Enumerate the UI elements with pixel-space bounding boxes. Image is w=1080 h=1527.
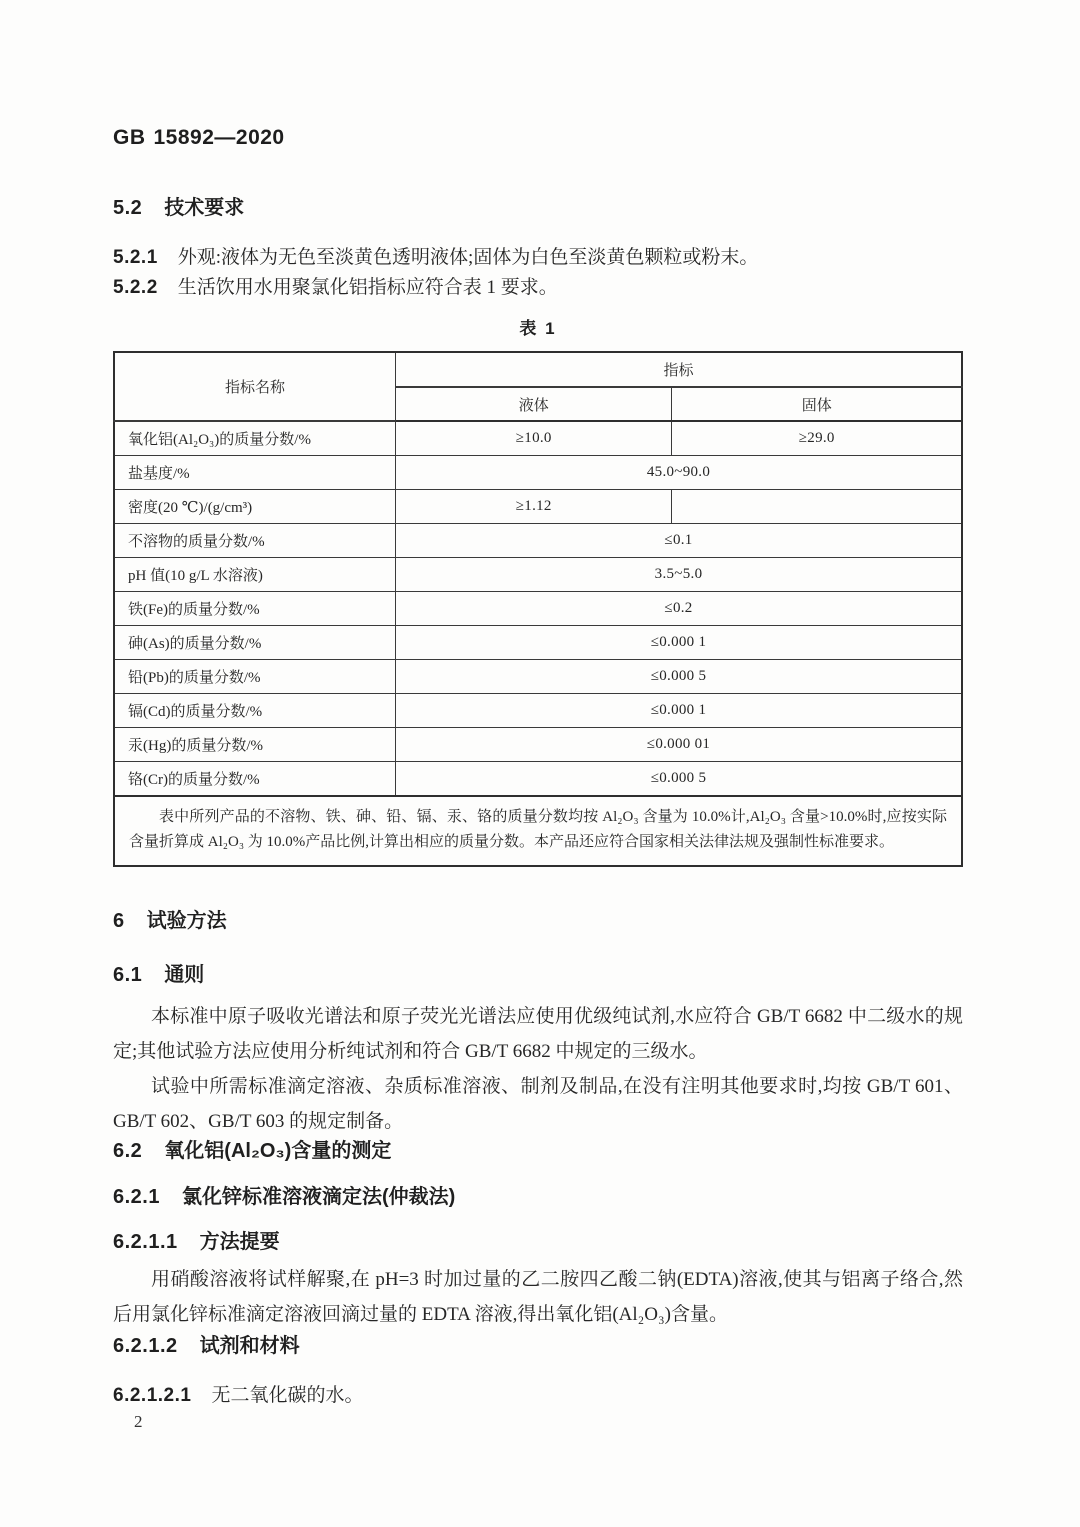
heading-5-2-title: 技术要求 xyxy=(164,197,244,219)
indicator-name: 铬(Cr)的质量分数/% xyxy=(114,762,396,797)
indicator-name: 盐基度/% xyxy=(114,456,396,490)
table-row-iron: 铁(Fe)的质量分数/% ≤0.2 xyxy=(114,592,962,626)
merged-value: ≤0.000 5 xyxy=(396,660,962,694)
heading-5-2-num: 5.2 xyxy=(113,197,142,219)
indicator-name: 密度(20 ℃)/(g/cm³) xyxy=(114,490,396,524)
table-row-chromium: 铬(Cr)的质量分数/% ≤0.000 5 xyxy=(114,762,962,797)
merged-value: ≤0.2 xyxy=(396,592,962,626)
table-row-arsenic: 砷(As)的质量分数/% ≤0.000 1 xyxy=(114,626,962,660)
merged-value: ≤0.000 01 xyxy=(396,728,962,762)
heading-6-num: 6 xyxy=(113,910,125,932)
indicator-name: 氧化铝(Al₂O₃)的质量分数/% xyxy=(114,421,396,456)
heading-6-2-1-2: 6.2.1.2试剂和材料 xyxy=(113,1334,963,1358)
clause-5-2-2-text: 生活饮用水用聚氯化铝指标应符合表 1 要求。 xyxy=(178,277,558,298)
clause-6-2-1-2-1-text: 无二氧化碳的水。 xyxy=(211,1385,363,1406)
page-number: 2 xyxy=(134,1412,143,1432)
paragraph-6-1-b: 试验中所需标准滴定溶液、杂质标准溶液、制剂及制品,在没有注明其他要求时,均按 G… xyxy=(113,1069,963,1139)
indicator-name: 汞(Hg)的质量分数/% xyxy=(114,728,396,762)
solid-value: ≥29.0 xyxy=(672,421,962,456)
indicator-name: 镉(Cd)的质量分数/% xyxy=(114,694,396,728)
indicator-name: 铁(Fe)的质量分数/% xyxy=(114,592,396,626)
table-row-density: 密度(20 ℃)/(g/cm³) ≥1.12 xyxy=(114,490,962,524)
merged-value: ≤0.000 1 xyxy=(396,694,962,728)
clause-5-2-2-num: 5.2.2 xyxy=(113,277,158,298)
merged-value: ≤0.000 5 xyxy=(396,762,962,797)
heading-6-2-num: 6.2 xyxy=(113,1140,142,1162)
table-row-insoluble: 不溶物的质量分数/% ≤0.1 xyxy=(114,524,962,558)
heading-6-2-1-2-title: 试剂和材料 xyxy=(200,1335,300,1357)
table-footnote: 表中所列产品的不溶物、铁、砷、铅、镉、汞、铬的质量分数均按 Al₂O₃ 含量为 … xyxy=(114,796,962,866)
heading-5-2: 5.2技术要求 xyxy=(113,196,963,220)
clause-5-2-2: 5.2.2生活饮用水用聚氯化铝指标应符合表 1 要求。 xyxy=(113,273,963,303)
clause-6-2-1-2-1: 6.2.1.2.1无二氧化碳的水。 xyxy=(113,1381,963,1411)
solid-value xyxy=(672,490,962,524)
paragraph-6-2-1-1: 用硝酸溶液将试样解聚,在 pH=3 时加过量的乙二胺四乙酸二钠(EDTA)溶液,… xyxy=(113,1262,963,1332)
col-header-liquid: 液体 xyxy=(396,387,672,421)
table-row-alumina: 氧化铝(Al₂O₃)的质量分数/% ≥10.0 ≥29.0 xyxy=(114,421,962,456)
heading-6-1-num: 6.1 xyxy=(113,964,142,986)
doc-code-prefix: GB xyxy=(113,126,146,149)
indicator-name: pH 值(10 g/L 水溶液) xyxy=(114,558,396,592)
indicator-name: 砷(As)的质量分数/% xyxy=(114,626,396,660)
heading-6-1: 6.1通则 xyxy=(113,963,963,987)
clause-6-2-1-2-1-num: 6.2.1.2.1 xyxy=(113,1385,191,1406)
merged-value: 3.5~5.0 xyxy=(396,558,962,592)
liquid-value: ≥1.12 xyxy=(396,490,672,524)
table-1-spec-requirements: 指标名称 指标 液体 固体 氧化铝(Al₂O₃)的质量分数/% ≥10.0 ≥2… xyxy=(113,351,963,867)
col-header-indicator-group: 指标 xyxy=(396,352,962,387)
heading-6: 6试验方法 xyxy=(113,909,963,933)
table-row-ph: pH 值(10 g/L 水溶液) 3.5~5.0 xyxy=(114,558,962,592)
table-row-lead: 铅(Pb)的质量分数/% ≤0.000 5 xyxy=(114,660,962,694)
col-header-solid: 固体 xyxy=(672,387,962,421)
heading-6-1-title: 通则 xyxy=(164,964,204,986)
merged-value: ≤0.1 xyxy=(396,524,962,558)
heading-6-2-title: 氧化铝(Al₂O₃)含量的测定 xyxy=(164,1140,391,1162)
table-header-row-1: 指标名称 指标 xyxy=(114,352,962,387)
clause-5-2-1: 5.2.1外观:液体为无色至淡黄色透明液体;固体为白色至淡黄色颗粒或粉末。 xyxy=(113,243,963,273)
heading-6-2-1-num: 6.2.1 xyxy=(113,1186,160,1208)
liquid-value: ≥10.0 xyxy=(396,421,672,456)
standard-document-page: GB15892—2020 5.2技术要求 5.2.1外观:液体为无色至淡黄色透明… xyxy=(0,0,1080,1527)
indicator-name: 不溶物的质量分数/% xyxy=(114,524,396,558)
doc-code: GB15892—2020 xyxy=(113,126,963,150)
merged-value: 45.0~90.0 xyxy=(396,456,962,490)
table-row-basicity: 盐基度/% 45.0~90.0 xyxy=(114,456,962,490)
table-footnote-row: 表中所列产品的不溶物、铁、砷、铅、镉、汞、铬的质量分数均按 Al₂O₃ 含量为 … xyxy=(114,796,962,866)
heading-6-2-1-title: 氯化锌标准溶液滴定法(仲裁法) xyxy=(182,1186,455,1208)
heading-6-2: 6.2氧化铝(Al₂O₃)含量的测定 xyxy=(113,1139,963,1163)
doc-code-number: 15892—2020 xyxy=(154,126,285,149)
heading-6-2-1-2-num: 6.2.1.2 xyxy=(113,1335,178,1357)
heading-6-title: 试验方法 xyxy=(147,910,227,932)
table-row-mercury: 汞(Hg)的质量分数/% ≤0.000 01 xyxy=(114,728,962,762)
paragraph-6-1-a: 本标准中原子吸收光谱法和原子荧光光谱法应使用优级纯试剂,水应符合 GB/T 66… xyxy=(113,999,963,1069)
clause-5-2-1-text: 外观:液体为无色至淡黄色透明液体;固体为白色至淡黄色颗粒或粉末。 xyxy=(178,247,759,268)
indicator-name: 铅(Pb)的质量分数/% xyxy=(114,660,396,694)
heading-6-2-1: 6.2.1氯化锌标准溶液滴定法(仲裁法) xyxy=(113,1185,963,1209)
merged-value: ≤0.000 1 xyxy=(396,626,962,660)
table-row-cadmium: 镉(Cd)的质量分数/% ≤0.000 1 xyxy=(114,694,962,728)
col-header-indicator-name: 指标名称 xyxy=(114,352,396,421)
table-1-caption: 表 1 xyxy=(113,319,963,339)
heading-6-2-1-1: 6.2.1.1方法提要 xyxy=(113,1230,963,1254)
heading-6-2-1-1-title: 方法提要 xyxy=(200,1231,280,1253)
clause-5-2-1-num: 5.2.1 xyxy=(113,247,158,268)
heading-6-2-1-1-num: 6.2.1.1 xyxy=(113,1231,178,1253)
